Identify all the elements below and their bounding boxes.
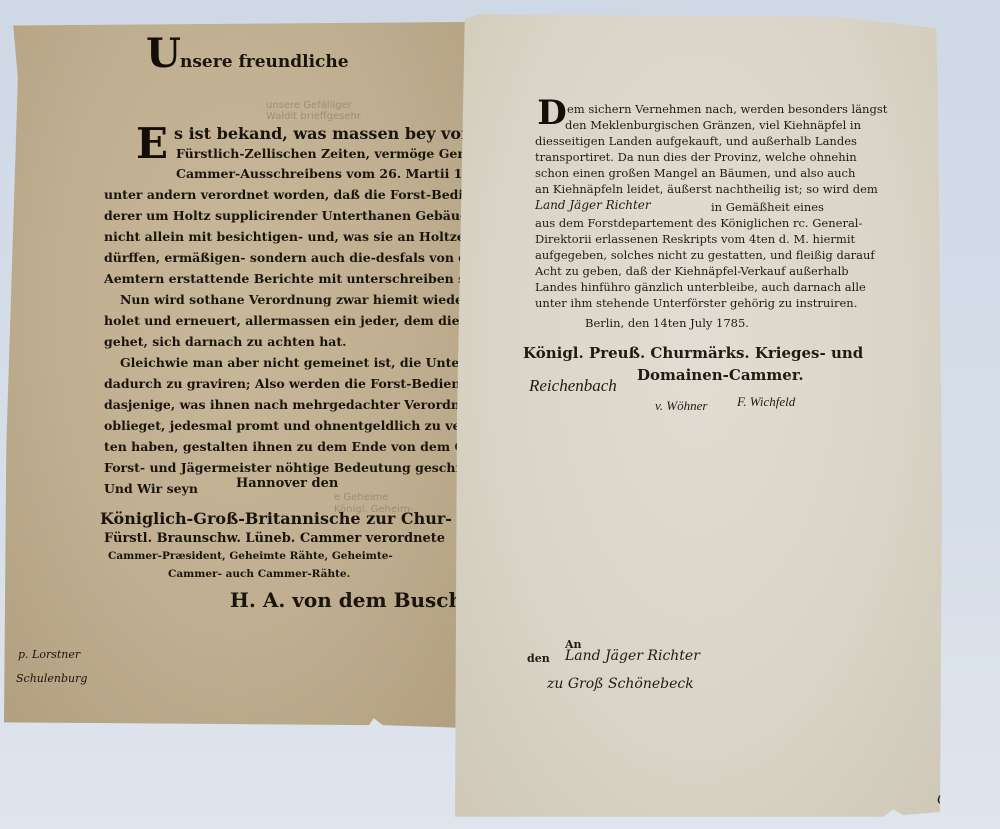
photo-scene: Unsere freundliche unsere Gefälliger Wal…	[0, 0, 1000, 829]
signature: F. Wichfeld	[737, 394, 795, 410]
handwritten-note: p. Lorstner	[18, 648, 80, 661]
right-ordinance-document: D em sichern Vernehmen nach, werden beso…	[455, 14, 942, 820]
signature: Reichenbach	[529, 376, 617, 396]
handwritten-note: Schulenburg	[16, 672, 87, 685]
text-line: ten haben, gestalten ihnen zu dem Ende v…	[104, 439, 494, 454]
decorative-initial-e: E	[134, 122, 170, 166]
authority-line: Fürstl. Braunschw. Lüneb. Cammer verordn…	[104, 531, 445, 546]
authority-line: Cammer- auch Cammer-Rähte.	[168, 568, 350, 580]
faded-stamp-top: unsere Gefälliger Waldit brieffgesehr	[266, 100, 361, 122]
authority-line: Königlich-Groß-Britannische zur Chur-	[100, 509, 452, 528]
text-line: an Kiehnäpfeln leidet, äußerst nachtheil…	[535, 182, 878, 196]
address-location: zu Groß Schönebeck	[547, 676, 694, 692]
text-line: gehet, sich darnach zu achten hat.	[104, 334, 347, 349]
text-line: Nun wird sothane Verordnung zwar hiemit …	[120, 292, 475, 307]
text-line: diesseitigen Landen aufgekauft, und auße…	[535, 134, 857, 148]
text-line: dürffen, ermäßigen- sondern auch die-des…	[104, 250, 501, 265]
authority-line: Königl. Preuß. Churmärks. Krieges- und	[523, 344, 863, 362]
text-line: Direktorii erlassenen Reskripts vom 4ten…	[535, 232, 855, 246]
address-den: den	[527, 652, 550, 665]
text-line: Forst- und Jägermeister nöhtige Bedeutun…	[104, 460, 496, 475]
text-line: schon einen großen Mangel an Bäumen, und…	[535, 166, 855, 180]
text-line: aus dem Forstdepartement des Königlichen…	[535, 216, 862, 230]
text-line: aufgegeben, solches nicht zu gestatten, …	[535, 248, 875, 262]
text-line: Landes hinführo gänzlich unterbleibe, au…	[535, 280, 866, 294]
decorative-initial-d: D	[537, 94, 567, 132]
date-line: Berlin, den 14ten July 1785.	[585, 316, 749, 330]
signature-block: H. A. von dem Busch.	[230, 588, 470, 612]
text-line: transportiret. Da nun dies der Provinz, …	[535, 150, 857, 164]
text-line: Fürstlich-Zellischen Zeiten, vermöge Gen…	[176, 146, 499, 161]
text-line: Gleichwie man aber nicht gemeinet ist, d…	[120, 355, 515, 370]
decorative-initial-u: U	[146, 34, 180, 74]
text-line: unter ihm stehende Unterförster gehörig …	[535, 296, 857, 310]
authority-line: Cammer-Præsident, Geheimte Rähte, Geheim…	[108, 550, 393, 562]
text-line: dadurch zu graviren; Also werden die For…	[104, 376, 474, 391]
text-line: Cammer-Ausschreibens vom 26. Martii 1704…	[176, 166, 497, 181]
corner-mark: C	[937, 792, 948, 808]
place-line: Hannover den	[236, 476, 338, 491]
address-recipient: Land Jäger Richter	[565, 648, 700, 664]
text-line: Und Wir seyn	[104, 481, 198, 496]
text-line: nicht allein mit besichtigen- und, was s…	[104, 229, 491, 244]
text-line: em sichern Vernehmen nach, werden besond…	[567, 102, 887, 116]
text-line: Aemtern erstattende Berichte mit untersc…	[104, 271, 504, 286]
text-line: unter andern verordnet worden, daß die F…	[104, 187, 494, 202]
text-line: den Meklenburgischen Gränzen, viel Kiehn…	[565, 118, 861, 132]
handwritten-insert: Land Jäger Richter	[535, 198, 651, 212]
authority-line: Domainen-Cammer.	[637, 366, 804, 384]
text-line: Acht zu geben, daß der Kiehnäpfel-Verkau…	[535, 264, 849, 278]
left-ordinance-document: Unsere freundliche unsere Gefälliger Wal…	[4, 22, 466, 728]
text-line: dasjenige, was ihnen nach mehrgedachter …	[104, 397, 487, 412]
text-line: in Gemäßheit eines	[711, 200, 824, 214]
text-line: derer um Holtz supplicirender Unterthane…	[104, 208, 477, 223]
salutation: Unsere freundliche	[146, 34, 349, 82]
signature: v. Wöhner	[655, 398, 707, 414]
text-line: oblieget, jedesmal promt und ohnentgeldl…	[104, 418, 500, 433]
